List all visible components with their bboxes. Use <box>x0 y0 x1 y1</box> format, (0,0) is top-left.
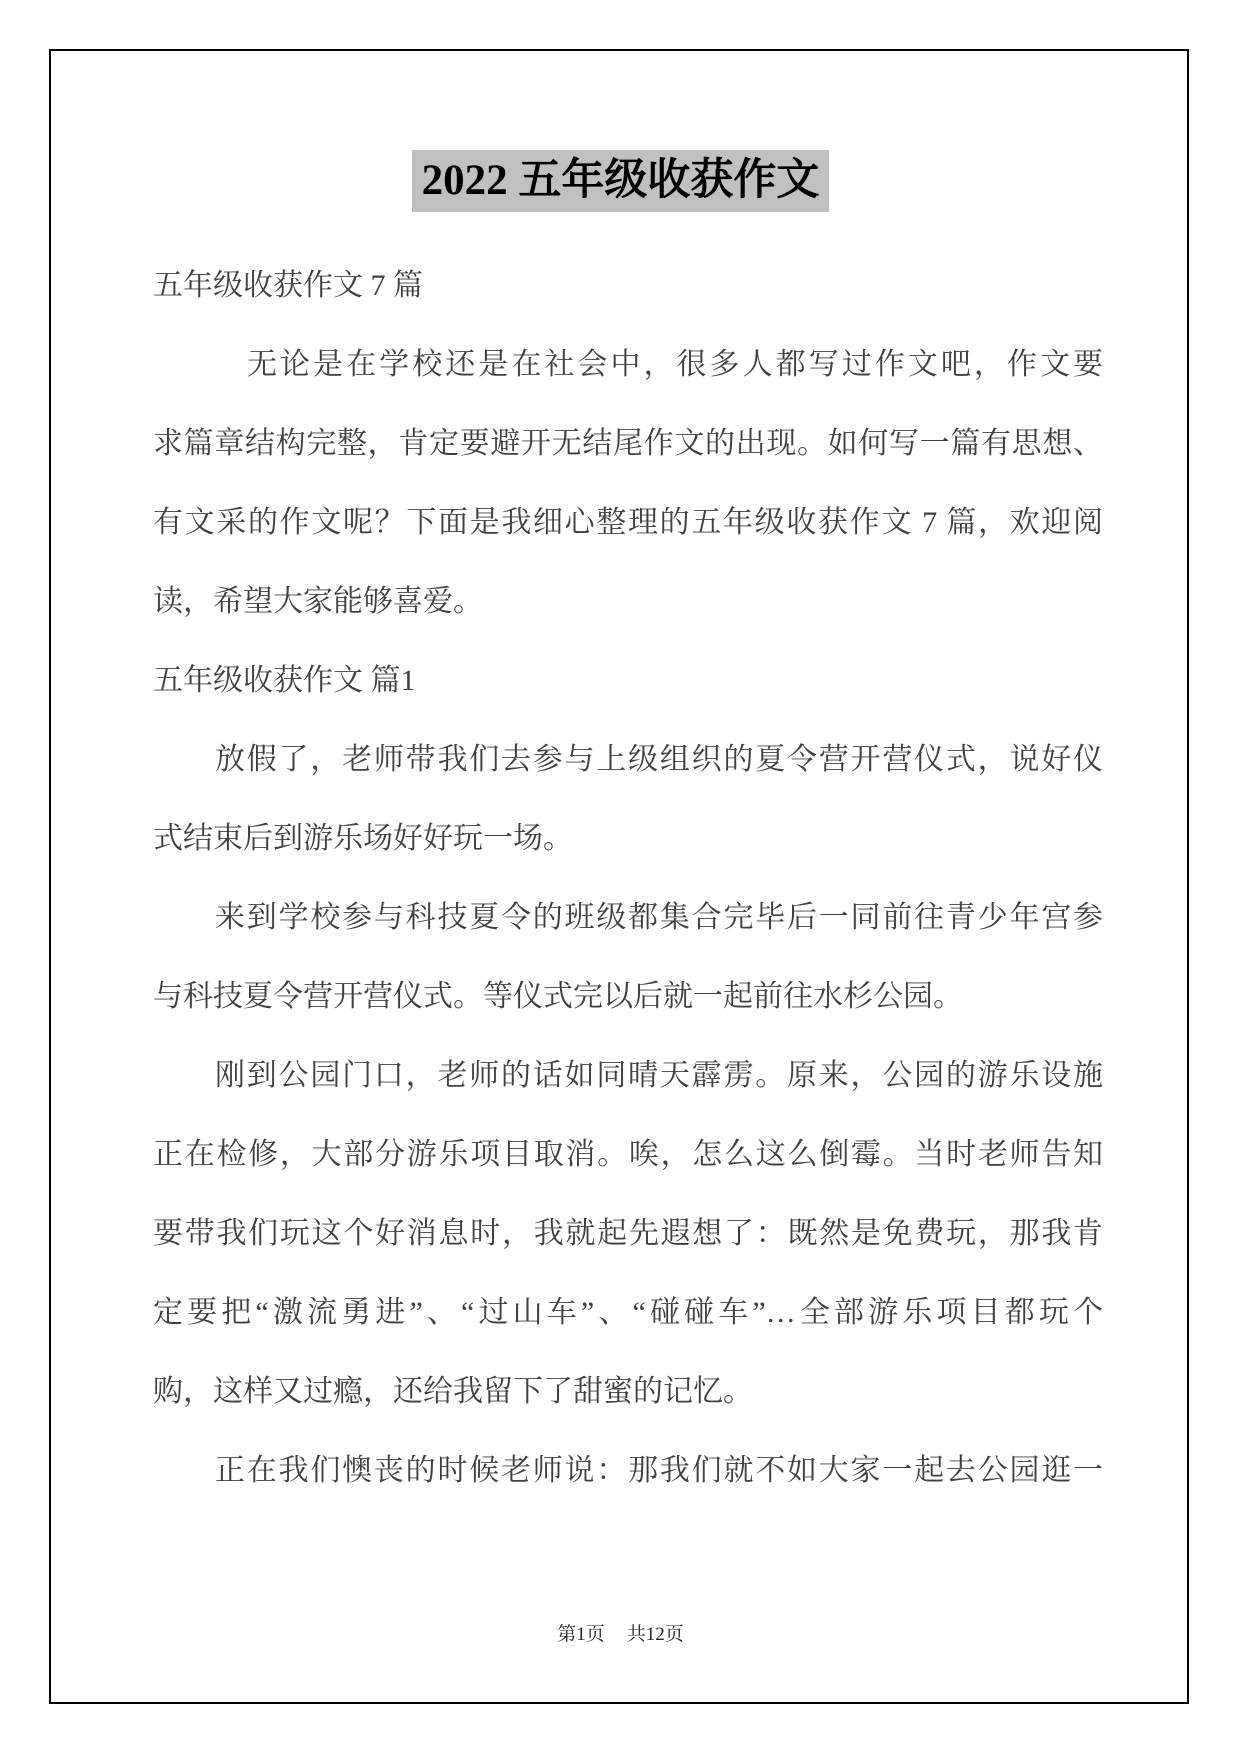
text-line: 购，这样又过瘾，还给我留下了甜蜜的记忆。 <box>153 1352 1103 1431</box>
text-line: 五年级收获作文 7 篇 <box>153 246 1103 325</box>
text-line: 式结束后到游乐场好好玩一场。 <box>153 799 1103 878</box>
text-line: 要带我们玩这个好消息时，我就起先遐想了：既然是免费玩，那我肯 <box>153 1194 1103 1273</box>
footer-page-number: 第1页 <box>557 1624 605 1645</box>
text-line: 有文采的作文呢？下面是我细心整理的五年级收获作文 7 篇，欢迎阅 <box>153 483 1103 562</box>
text-line: 定要把“激流勇进”、“过山车”、“碰碰车”…全部游乐项目都玩个 <box>153 1273 1103 1352</box>
page-footer: 第1页共12页 <box>0 1622 1241 1648</box>
document-page: 2022 五年级收获作文 五年级收获作文 7 篇 无论是在学校还是在社会中，很多… <box>0 0 1241 1754</box>
text-line: 来到学校参与科技夏令的班级都集合完毕后一同前往青少年宫参 <box>153 878 1103 957</box>
text-line: 刚到公园门口，老师的话如同晴天霹雳。原来，公园的游乐设施 <box>153 1036 1103 1115</box>
document-body: 五年级收获作文 7 篇 无论是在学校还是在社会中，很多人都写过作文吧，作文要 求… <box>153 246 1103 1510</box>
text-line: 无论是在学校还是在社会中，很多人都写过作文吧，作文要 <box>153 325 1103 404</box>
document-title: 2022 五年级收获作文 <box>412 150 830 212</box>
text-line: 读，希望大家能够喜爱。 <box>153 562 1103 641</box>
title-row: 2022 五年级收获作文 <box>0 150 1241 212</box>
text-line: 求篇章结构完整，肯定要避开无结尾作文的出现。如何写一篇有思想、 <box>153 404 1103 483</box>
text-line: 正在我们懊丧的时候老师说：那我们就不如大家一起去公园逛一 <box>153 1431 1103 1510</box>
text-line: 放假了，老师带我们去参与上级组织的夏令营开营仪式，说好仪 <box>153 720 1103 799</box>
text-line: 与科技夏令营开营仪式。等仪式完以后就一起前往水杉公园。 <box>153 957 1103 1036</box>
text-line: 五年级收获作文 篇1 <box>153 641 1103 720</box>
footer-page-total: 共12页 <box>627 1624 684 1645</box>
text-line: 正在检修，大部分游乐项目取消。唉，怎么这么倒霉。当时老师告知 <box>153 1115 1103 1194</box>
